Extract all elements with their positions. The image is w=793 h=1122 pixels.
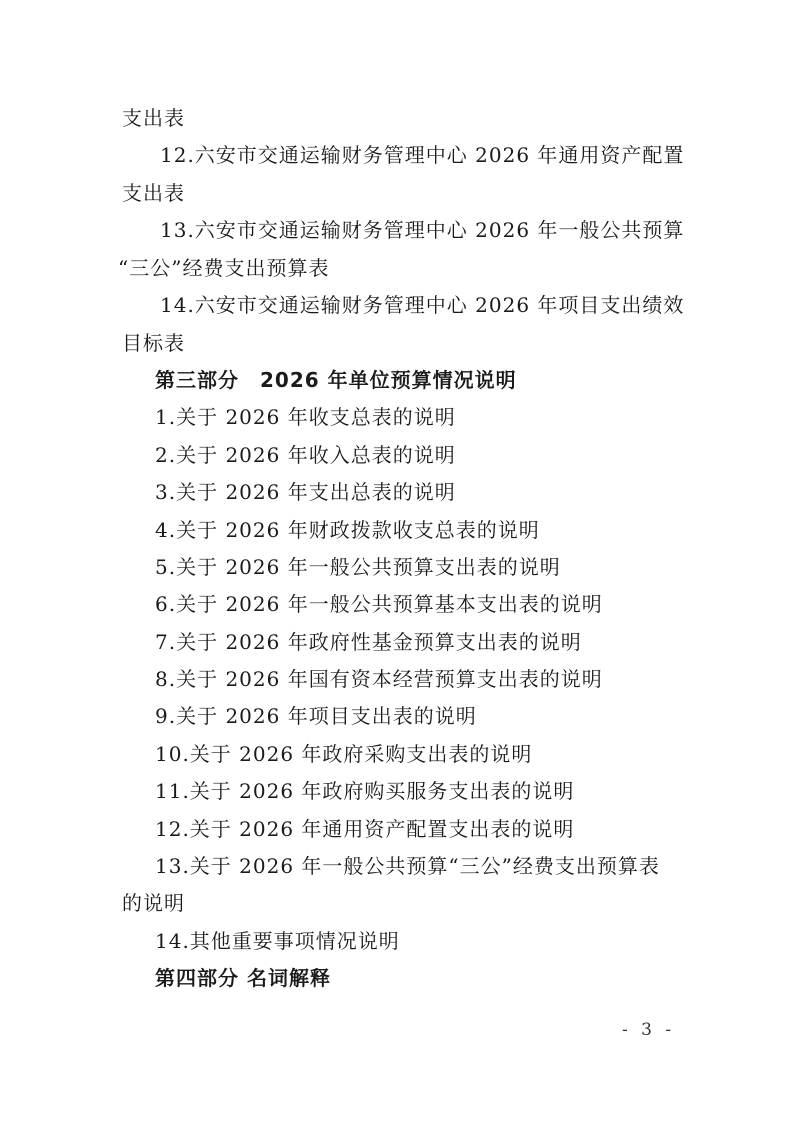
toc-line: 14.其他重要事项情况说明 [155,929,400,953]
page-number: - 3 - [622,1020,675,1040]
toc-line: “三公”经费支出预算表 [118,256,329,280]
section-heading: 第三部分 2026 年单位预算情况说明 [155,368,517,392]
toc-line: 7.关于 2026 年政府性基金预算支出表的说明 [155,630,582,654]
toc-line: 5.关于 2026 年一般公共预算支出表的说明 [155,555,561,579]
toc-line: 2.关于 2026 年收入总表的说明 [155,443,456,467]
toc-line: 8.关于 2026 年国有资本经营预算支出表的说明 [155,667,603,691]
toc-line: 1.关于 2026 年收支总表的说明 [155,405,456,429]
toc-line: 11.关于 2026 年政府购买服务支出表的说明 [155,779,574,803]
toc-line: 3.关于 2026 年支出总表的说明 [155,480,456,504]
toc-line: 12.关于 2026 年通用资产配置支出表的说明 [155,817,574,841]
toc-line: 12.六安市交通运输财务管理中心 2026 年通用资产配置 [160,143,684,167]
toc-line: 6.关于 2026 年一般公共预算基本支出表的说明 [155,592,603,616]
toc-line: 10.关于 2026 年政府采购支出表的说明 [155,742,532,766]
toc-line: 支出表 [122,181,185,205]
toc-line: 13.关于 2026 年一般公共预算“三公”经费支出预算表 [155,854,660,878]
toc-line: 14.六安市交通运输财务管理中心 2026 年项目支出绩效 [160,293,684,317]
toc-line: 支出表 [122,106,185,130]
section-heading: 第四部分 名词解释 [155,966,331,990]
toc-line: 9.关于 2026 年项目支出表的说明 [155,704,477,728]
toc-line: 的说明 [122,891,185,915]
toc-line: 4.关于 2026 年财政拨款收支总表的说明 [155,518,540,542]
toc-line: 13.六安市交通运输财务管理中心 2026 年一般公共预算 [160,218,684,242]
toc-line: 目标表 [122,331,185,355]
